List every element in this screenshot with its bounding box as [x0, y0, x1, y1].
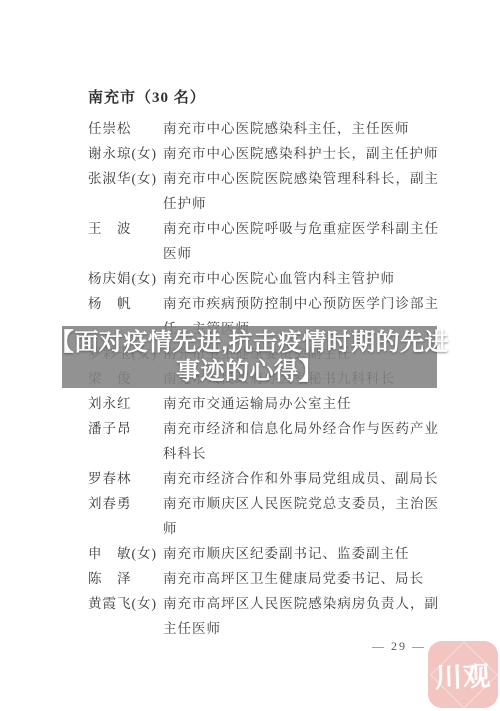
person-title: 南充市中心医院呼吸与危重症医学科副主任医师 [163, 216, 439, 266]
list-item: 陈 泽南充市高坪区卫生健康局党委书记、局长 [88, 566, 440, 591]
list-item: 刘永红南充市交通运输局办公室主任 [88, 391, 440, 416]
person-title: 南充市中心医院医院感染管理科科长，副主任护师 [163, 166, 439, 216]
person-name: 杨 帆 [88, 291, 163, 316]
page-number: — 29 — [372, 639, 426, 654]
chuanguan-logo: 川观 [428, 641, 498, 708]
person-name: 申 敏(女) [88, 541, 163, 566]
person-title: 南充市顺庆区人民医院党总支委员，主治医师 [163, 491, 439, 541]
person-title: 南充市高坪区卫生健康局党委书记、局长 [163, 566, 439, 591]
person-title: 南充市高坪区人民医院感染病房负责人，副主任医师 [163, 591, 439, 641]
caption-overlay-banner: 【面对疫情先进,抗击疫情时期的先进 事迹的心得】 [62, 326, 437, 388]
list-item: 罗春林南充市经济合作和外事局党组成员、副局长 [88, 466, 440, 491]
person-name: 任崇松 [88, 116, 163, 141]
person-title: 南充市交通运输局办公室主任 [163, 391, 439, 416]
person-name: 杨庆娟(女) [88, 266, 163, 291]
person-name: 陈 泽 [88, 566, 163, 591]
section-header-city: 南充市（30 名） [88, 90, 440, 107]
list-item: 潘子昂南充市经济和信息化局外经合作与医药产业科科长 [88, 416, 440, 466]
caption-line-2: 事迹的心得】 [176, 357, 323, 386]
person-name: 谢永琼(女) [88, 141, 163, 166]
chuanguan-logo-text: 川观 [434, 654, 491, 695]
list-item: 黄霞飞(女)南充市高坪区人民医院感染病房负责人，副主任医师 [88, 591, 440, 641]
person-name: 刘永红 [88, 391, 163, 416]
person-name: 罗春林 [88, 466, 163, 491]
person-name: 王 波 [88, 216, 163, 241]
list-item: 刘春勇南充市顺庆区人民医院党总支委员，主治医师 [88, 491, 440, 541]
person-name: 潘子昂 [88, 416, 163, 441]
list-item: 谢永琼(女)南充市中心医院感染科护士长，副主任护师 [88, 141, 440, 166]
person-title: 南充市中心医院感染科主任，主任医师 [163, 116, 439, 141]
list-item: 张淑华(女)南充市中心医院医院感染管理科科长，副主任护师 [88, 166, 440, 216]
list-item: 申 敏(女)南充市顺庆区纪委副书记、监委副主任 [88, 541, 440, 566]
person-name: 刘春勇 [88, 491, 163, 516]
person-title: 南充市经济合作和外事局党组成员、副局长 [163, 466, 439, 491]
person-title: 南充市经济和信息化局外经合作与医药产业科科长 [163, 416, 439, 466]
caption-line-1: 【面对疫情先进,抗击疫情时期的先进 [50, 328, 449, 357]
list-item: 任崇松南充市中心医院感染科主任，主任医师 [88, 116, 440, 141]
person-title: 南充市中心医院心血管内科主管护师 [163, 266, 439, 291]
person-title: 南充市中心医院感染科护士长，副主任护师 [163, 141, 439, 166]
person-name: 黄霞飞(女) [88, 591, 163, 616]
person-name: 张淑华(女) [88, 166, 163, 191]
person-title: 南充市顺庆区纪委副书记、监委副主任 [163, 541, 439, 566]
list-item: 杨庆娟(女)南充市中心医院心血管内科主管护师 [88, 266, 440, 291]
list-item: 王 波南充市中心医院呼吸与危重症医学科副主任医师 [88, 216, 440, 266]
